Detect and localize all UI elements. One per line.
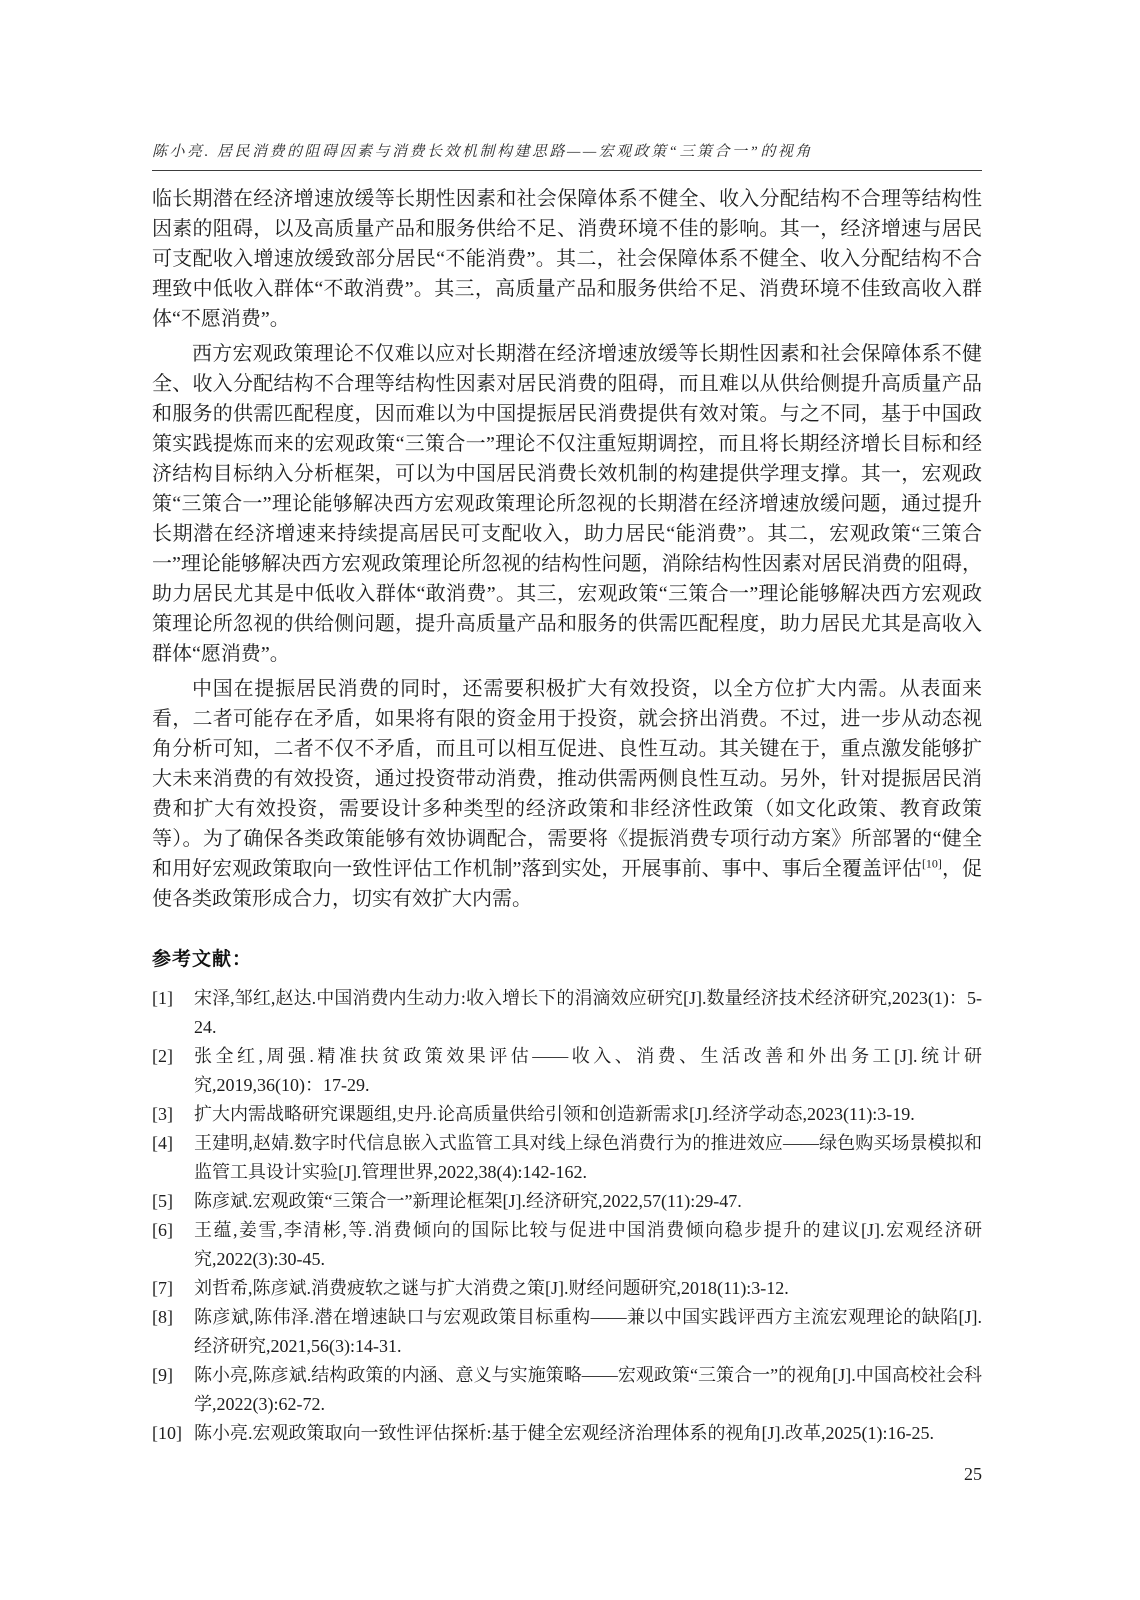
reference-item: [10] 陈小亮.宏观政策取向一致性评估探析:基于健全宏观经济治理体系的视角[J… (152, 1419, 982, 1448)
reference-item: [9] 陈小亮,陈彦斌.结构政策的内涵、意义与实施策略——宏观政策“三策合一”的… (152, 1361, 982, 1419)
reference-item: [2] 张全红,周强.精准扶贫政策效果评估——收入、消费、生活改善和外出务工[J… (152, 1042, 982, 1100)
references-heading: 参考文献： (152, 944, 982, 971)
reference-label: [5] (152, 1187, 182, 1216)
reference-text: 陈彦斌,陈伟泽.潜在增速缺口与宏观政策目标重构——兼以中国实践评西方主流宏观理论… (194, 1303, 982, 1361)
article-body: 临长期潜在经济增速放缓等长期性因素和社会保障体系不健全、收入分配结构不合理等结构… (152, 184, 982, 914)
page-footer: 25 (152, 1464, 982, 1485)
reference-label: [8] (152, 1303, 182, 1332)
paragraph-text: 中国在提振居民消费的同时，还需要积极扩大有效投资，以全方位扩大内需。从表面来看，… (152, 678, 982, 880)
page-number: 25 (964, 1464, 982, 1485)
reference-text: 张全红,周强.精准扶贫政策效果评估——收入、消费、生活改善和外出务工[J].统计… (194, 1042, 982, 1100)
reference-item: [7] 刘哲希,陈彦斌.消费疲软之谜与扩大消费之策[J].财经问题研究,2018… (152, 1274, 982, 1303)
reference-text: 刘哲希,陈彦斌.消费疲软之谜与扩大消费之策[J].财经问题研究,2018(11)… (194, 1274, 982, 1303)
reference-list: [1] 宋泽,邹红,赵达.中国消费内生动力:收入增长下的涓滴效应研究[J].数量… (152, 984, 982, 1448)
reference-label: [6] (152, 1216, 182, 1245)
reference-text: 王建明,赵婧.数字时代信息嵌入式监管工具对线上绿色消费行为的推进效应——绿色购买… (194, 1129, 982, 1187)
reference-item: [6] 王蕴,姜雪,李清彬,等.消费倾向的国际比较与促进中国消费倾向稳步提升的建… (152, 1216, 982, 1274)
citation-superscript: [10] (922, 856, 942, 870)
paragraph: 西方宏观政策理论不仅难以应对长期潜在经济增速放缓等长期性因素和社会保障体系不健全… (152, 339, 982, 669)
paper-page: 陈小亮. 居民消费的阻碍因素与消费长效机制构建思路——宏观政策“三策合一”的视角… (0, 0, 1140, 1600)
reference-label: [1] (152, 984, 182, 1013)
reference-text: 宋泽,邹红,赵达.中国消费内生动力:收入增长下的涓滴效应研究[J].数量经济技术… (194, 984, 982, 1042)
reference-label: [10] (152, 1419, 182, 1448)
reference-text: 陈彦斌.宏观政策“三策合一”新理论框架[J].经济研究,2022,57(11):… (194, 1187, 982, 1216)
reference-label: [4] (152, 1129, 182, 1158)
reference-text: 陈小亮.宏观政策取向一致性评估探析:基于健全宏观经济治理体系的视角[J].改革,… (194, 1419, 982, 1448)
running-head: 陈小亮. 居民消费的阻碍因素与消费长效机制构建思路——宏观政策“三策合一”的视角 (152, 140, 982, 171)
paragraph-continuation: 临长期潜在经济增速放缓等长期性因素和社会保障体系不健全、收入分配结构不合理等结构… (152, 184, 982, 334)
reference-label: [2] (152, 1042, 182, 1071)
reference-item: [3] 扩大内需战略研究课题组,史丹.论高质量供给引领和创造新需求[J].经济学… (152, 1100, 982, 1129)
reference-label: [3] (152, 1100, 182, 1129)
reference-text: 陈小亮,陈彦斌.结构政策的内涵、意义与实施策略——宏观政策“三策合一”的视角[J… (194, 1361, 982, 1419)
reference-text: 王蕴,姜雪,李清彬,等.消费倾向的国际比较与促进中国消费倾向稳步提升的建议[J]… (194, 1216, 982, 1274)
reference-text: 扩大内需战略研究课题组,史丹.论高质量供给引领和创造新需求[J].经济学动态,2… (194, 1100, 982, 1129)
reference-label: [9] (152, 1361, 182, 1390)
reference-label: [7] (152, 1274, 182, 1303)
reference-item: [4] 王建明,赵婧.数字时代信息嵌入式监管工具对线上绿色消费行为的推进效应——… (152, 1129, 982, 1187)
reference-item: [8] 陈彦斌,陈伟泽.潜在增速缺口与宏观政策目标重构——兼以中国实践评西方主流… (152, 1303, 982, 1361)
paragraph: 中国在提振居民消费的同时，还需要积极扩大有效投资，以全方位扩大内需。从表面来看，… (152, 674, 982, 914)
references-section: 参考文献： [1] 宋泽,邹红,赵达.中国消费内生动力:收入增长下的涓滴效应研究… (152, 944, 982, 1448)
reference-item: [5] 陈彦斌.宏观政策“三策合一”新理论框架[J].经济研究,2022,57(… (152, 1187, 982, 1216)
reference-item: [1] 宋泽,邹红,赵达.中国消费内生动力:收入增长下的涓滴效应研究[J].数量… (152, 984, 982, 1042)
page-header: 陈小亮. 居民消费的阻碍因素与消费长效机制构建思路——宏观政策“三策合一”的视角 (152, 140, 982, 171)
